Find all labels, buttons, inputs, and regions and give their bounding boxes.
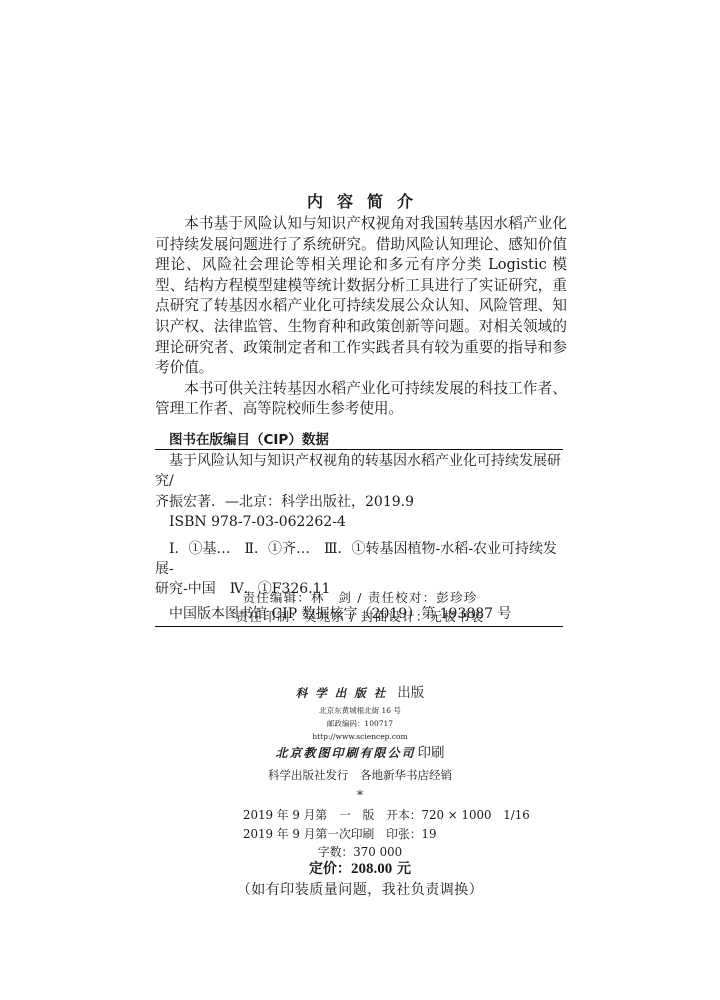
quality-notice: （如有印装质量问题，我社负责调换） — [0, 880, 720, 900]
publisher-line: 科学出版社出版 — [0, 683, 720, 704]
editors-block: 责任编辑：林 剑 / 责任校对：彭珍珍 责任印制：吴兆东 / 封面设计：无极书装 — [0, 588, 720, 626]
colophon: 科学出版社出版 北京东黄城根北街 16 号 邮政编码：100717 http:/… — [0, 683, 720, 802]
publisher-address: 北京东黄城根北街 16 号 — [0, 704, 720, 717]
cip-bottom-rule — [155, 626, 563, 627]
printer-action: 印刷 — [418, 745, 445, 761]
cip-classification-line-1: Ⅰ．①基… Ⅱ．①齐… Ⅲ．①转基因植物-水稻-农业可持续发展- — [155, 539, 563, 580]
publisher-action: 出版 — [397, 685, 424, 701]
summary-body: 本书基于风险认知与知识产权视角对我国转基因水稻产业化可持续发展问题进行了系统研究… — [155, 214, 567, 420]
publisher-postcode: 邮政编码：100717 — [0, 717, 720, 730]
cip-entry-line-2: 齐振宏著．—北京：科学出版社，2019.9 — [155, 492, 563, 512]
summary-title: 内容简介 — [0, 190, 720, 214]
editors-line-1: 责任编辑：林 剑 / 责任校对：彭珍珍 — [0, 588, 720, 607]
editors-line-2: 责任印制：吴兆东 / 封面设计：无极书装 — [0, 607, 720, 626]
cip-entry-line-1: 基于风险认知与知识产权视角的转基因水稻产业化可持续发展研究/ — [155, 451, 563, 492]
edition-block: 2019 年 9 月第 一 版 开本：720 × 1000 1/162019 年… — [243, 806, 530, 844]
price-label: 定价： — [309, 861, 351, 877]
cip-isbn: ISBN 978-7-03-062262-4 — [155, 512, 563, 532]
printer-name: 北京教图印刷有限公司 — [275, 746, 415, 760]
publisher-name: 科学出版社 — [296, 686, 394, 700]
printer-line: 北京教图印刷有限公司印刷 — [0, 743, 720, 764]
price-value: 208.00 — [351, 861, 392, 877]
edition-line: 2019 年 9 月第 一 版 开本：720 × 1000 1/16 — [243, 806, 530, 825]
printing-line: 2019 年 9 月第一次印刷 印张：19 — [243, 825, 530, 844]
summary-paragraph-2: 本书可供关注转基因水稻产业化可持续发展的科技工作者、管理工作者、高等院校师生参考… — [155, 379, 567, 420]
summary-paragraph-1: 本书基于风险认知与知识产权视角对我国转基因水稻产业化可持续发展问题进行了系统研究… — [155, 214, 567, 379]
separator-star: * — [0, 788, 720, 802]
cip-heading: 图书在版编目（CIP）数据 — [155, 431, 563, 449]
price-unit: 元 — [392, 861, 411, 877]
price-line: 定价：208.00 元 — [0, 859, 720, 879]
distribution-line: 科学出版社发行 各地新华书店经销 — [0, 764, 720, 786]
publisher-website: http://www.sciencep.com — [0, 730, 720, 743]
